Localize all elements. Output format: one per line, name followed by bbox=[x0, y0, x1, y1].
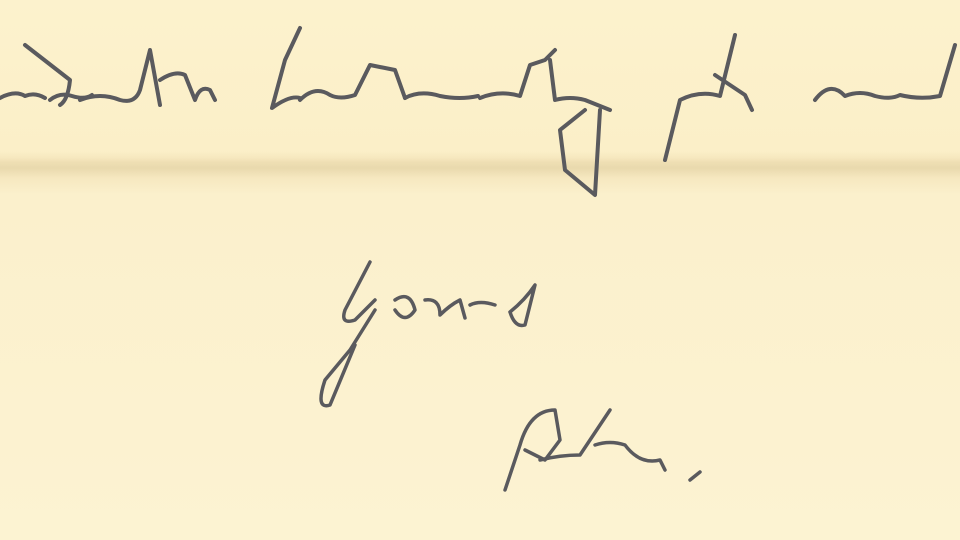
handwriting-ink bbox=[0, 0, 960, 540]
signature-alex-handwriting bbox=[505, 410, 700, 490]
body-line-handwriting bbox=[0, 28, 955, 195]
closing-yours-handwriting bbox=[321, 262, 535, 406]
